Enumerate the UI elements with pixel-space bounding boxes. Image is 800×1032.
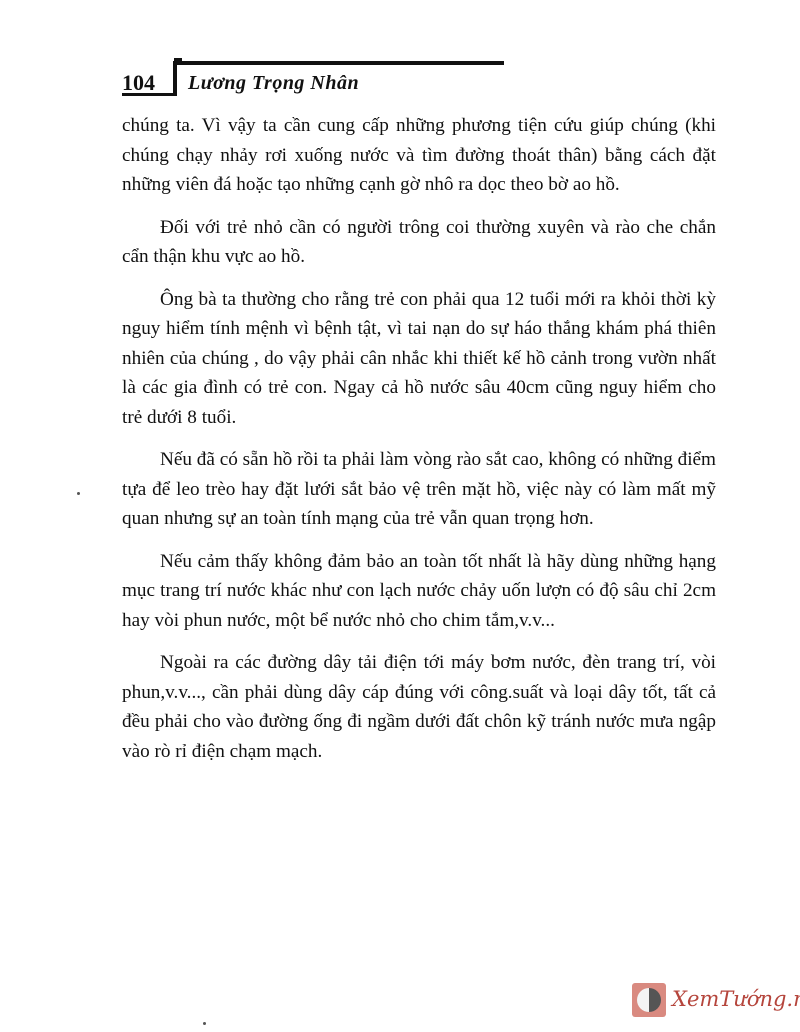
watermark-text: XemTướng.net [672, 987, 800, 1011]
watermark-logo: XemTướng.net [632, 983, 797, 1019]
scan-speck [203, 1022, 206, 1025]
scan-speck [77, 492, 80, 495]
running-title: Lương Trọng Nhân [188, 72, 359, 95]
paragraph: chúng ta. Vì vậy ta cần cung cấp những p… [122, 111, 716, 200]
header-rule [174, 61, 504, 65]
paragraph: Đối với trẻ nhỏ cần có người trông coi t… [122, 213, 716, 272]
paragraph: Ngoài ra các đường dây tải điện tới máy … [122, 648, 716, 766]
page-number: 104 [122, 70, 155, 96]
page-header: 104 Lương Trọng Nhân [122, 58, 386, 98]
body-text: chúng ta. Vì vậy ta cần cung cấp những p… [122, 111, 716, 779]
paragraph: Nếu đã có sẵn hồ rồi ta phải làm vòng rà… [122, 445, 716, 534]
paragraph: Nếu cảm thấy không đảm bảo an toàn tốt n… [122, 547, 716, 636]
header-rule-vertical [173, 61, 177, 95]
yin-yang-icon [632, 983, 666, 1017]
paragraph: Ông bà ta thường cho rằng trẻ con phải q… [122, 285, 716, 433]
